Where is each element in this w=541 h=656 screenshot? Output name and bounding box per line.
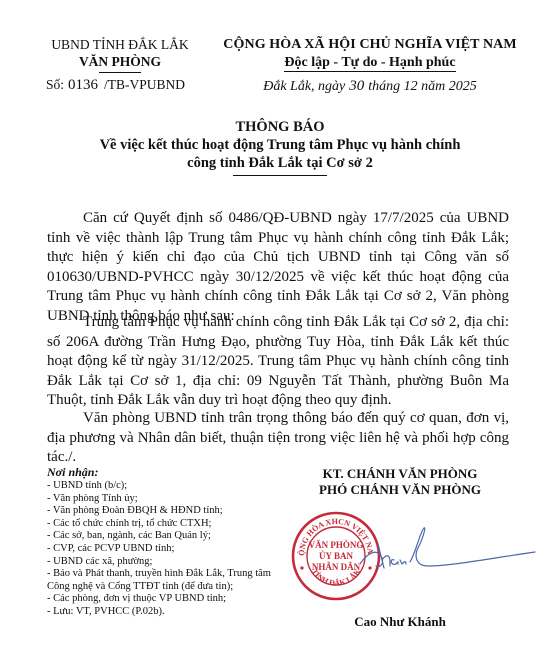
- recipient-item: - UBND tỉnh (b/c);: [47, 480, 287, 493]
- issuing-authority-block: UBND TỈNH ĐẮK LẮK VĂN PHÒNG Số:0136/TB-V…: [40, 36, 200, 95]
- body-paragraph: Văn phòng UBND tỉnh trân trọng thông báo…: [47, 409, 509, 468]
- recipient-item: - Các sở, ban, ngành, các Ban Quản lý;: [47, 530, 287, 543]
- number-suffix: /TB-VPUBND: [104, 77, 185, 92]
- handwritten-signature-icon: [360, 522, 540, 582]
- paragraph-text: Văn phòng UBND tỉnh trân trọng thông báo…: [47, 410, 509, 465]
- svg-text:VĂN PHÒNG: VĂN PHÒNG: [309, 540, 364, 550]
- nation-name: CỘNG HÒA XÃ HỘI CHỦ NGHĨA VIỆT NAM: [205, 36, 535, 53]
- signature-title-block: KT. CHÁNH VĂN PHÒNG PHÓ CHÁNH VĂN PHÒNG: [290, 466, 510, 498]
- recipients-list: - UBND tỉnh (b/c); - Văn phòng Tỉnh ủy; …: [47, 480, 287, 619]
- svg-text:NHÂN DÂN: NHÂN DÂN: [312, 562, 361, 572]
- national-motto: Độc lập - Tự do - Hạnh phúc: [284, 54, 455, 72]
- recipient-item: - Lưu: VT, PVHCC (P.02b).: [47, 606, 287, 619]
- place-date: Đắk Lắk, ngày30tháng 12 năm 2025: [205, 76, 535, 97]
- number-prefix: Số:: [46, 77, 64, 92]
- paragraph-text: Căn cứ Quyết định số 0486/QĐ-UBND ngày 1…: [47, 210, 509, 324]
- signature-position: PHÓ CHÁNH VĂN PHÒNG: [290, 482, 510, 498]
- svg-text:ỦY BAN: ỦY BAN: [319, 551, 353, 561]
- recipients-block: Nơi nhận: - UBND tỉnh (b/c); - Văn phòng…: [47, 464, 287, 619]
- recipient-item: - CVP, các PCVP UBND tỉnh;: [47, 543, 287, 556]
- recipient-item: - Văn phòng Đoàn ĐBQH & HĐND tỉnh;: [47, 505, 287, 518]
- document-number: Số:0136/TB-VPUBND: [40, 75, 200, 95]
- parent-authority: UBND TỈNH ĐẮK LẮK: [40, 36, 200, 53]
- recipient-item: - UBND các xã, phường;: [47, 556, 287, 569]
- document-type: THÔNG BÁO: [40, 118, 520, 136]
- divider: [233, 175, 327, 176]
- divider: [99, 72, 141, 73]
- recipients-label: Nơi nhận:: [47, 464, 287, 480]
- signature-authority: KT. CHÁNH VĂN PHÒNG: [290, 466, 510, 482]
- recipient-item: - Các tổ chức chính trị, tổ chức CTXH;: [47, 518, 287, 531]
- signer-name: Cao Như Khánh: [290, 614, 510, 630]
- national-header-block: CỘNG HÒA XÃ HỘI CHỦ NGHĨA VIỆT NAM Độc l…: [205, 36, 535, 97]
- paragraph-text: Trung tâm Phục vụ hành chính công tỉnh Đ…: [47, 314, 509, 408]
- number-value: 0136: [68, 77, 98, 93]
- date-day: 30: [349, 78, 364, 94]
- body-paragraph: Căn cứ Quyết định số 0486/QĐ-UBND ngày 1…: [47, 209, 509, 327]
- document-title-block: THÔNG BÁO Về việc kết thúc hoạt động Tru…: [40, 118, 520, 176]
- issuing-office: VĂN PHÒNG: [40, 53, 200, 70]
- subject-line-1: Về việc kết thúc hoạt động Trung tâm Phụ…: [40, 136, 520, 154]
- recipient-item: - Các phòng, đơn vị thuộc VP UBND tỉnh;: [47, 593, 287, 606]
- recipient-item: - Văn phòng Tỉnh ủy;: [47, 493, 287, 506]
- recipient-item: - Báo và Phát thanh, truyền hình Đắk Lắk…: [47, 568, 287, 593]
- date-prefix: Đắk Lắk, ngày: [263, 79, 345, 94]
- subject-line-2: công tỉnh Đắk Lắk tại Cơ sở 2: [40, 154, 520, 172]
- date-month-year: tháng 12 năm 2025: [368, 79, 477, 94]
- body-paragraph: Trung tâm Phục vụ hành chính công tỉnh Đ…: [47, 313, 509, 411]
